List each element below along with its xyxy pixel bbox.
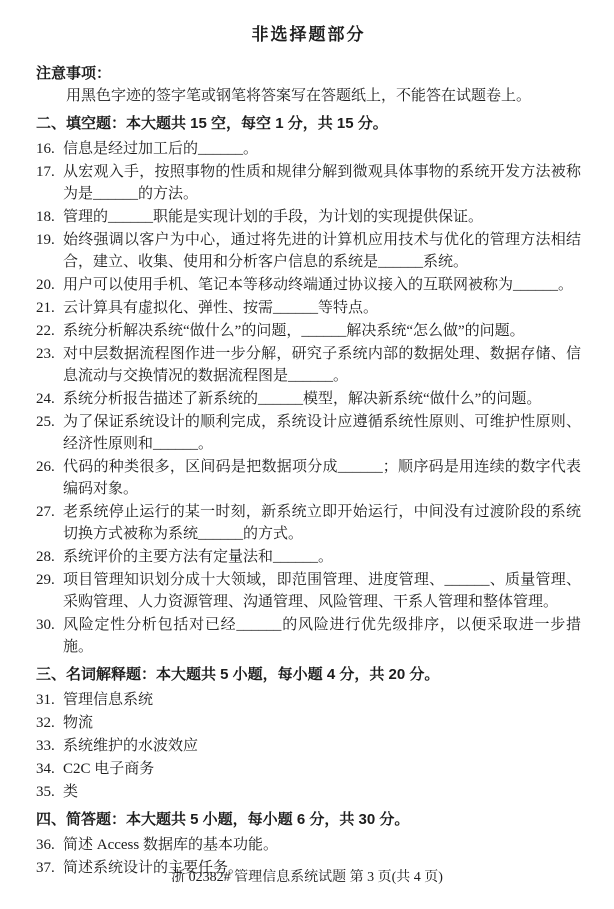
- question-item: 16.信息是经过加工后的______。: [36, 138, 581, 160]
- section-heading: 四、简答题：本大题共 5 小题，每小题 6 分，共 30 分。: [36, 809, 581, 831]
- item-number: 26.: [36, 456, 55, 478]
- item-text: 类: [63, 784, 78, 800]
- question-item: 29.项目管理知识划分成十大领域，即范围管理、进度管理、______、质量管理、…: [36, 569, 581, 613]
- question-item: 36.简述 Access 数据库的基本功能。: [36, 834, 581, 856]
- item-text: 为了保证系统设计的顺利完成，系统设计应遵循系统性原则、可维护性原则、经济性原则和…: [63, 414, 581, 452]
- sections-container: 二、填空题：本大题共 15 空，每空 1 分，共 15 分。16.信息是经过加工…: [36, 113, 581, 879]
- item-number: 28.: [36, 546, 55, 568]
- item-text: C2C 电子商务: [63, 761, 154, 777]
- section-heading: 三、名词解释题：本大题共 5 小题，每小题 4 分，共 20 分。: [36, 664, 581, 686]
- question-item: 28.系统评价的主要方法有定量法和______。: [36, 546, 581, 568]
- page-footer: 浙 02382# 管理信息系统试题 第 3 页(共 4 页): [0, 867, 614, 889]
- question-item: 22.系统分析解决系统“做什么”的问题，______解决系统“怎么做”的问题。: [36, 320, 581, 342]
- question-item: 30.风险定性分析包括对已经______的风险进行优先级排序，以便采取进一步措施…: [36, 614, 581, 658]
- item-text: 用户可以使用手机、笔记本等移动终端通过协议接入的互联网被称为______。: [63, 277, 573, 293]
- question-item: 33.系统维护的水波效应: [36, 735, 581, 757]
- question-item: 26.代码的种类很多，区间码是把数据项分成______；顺序码是用连续的数字代表…: [36, 456, 581, 500]
- item-text: 风险定性分析包括对已经______的风险进行优先级排序，以便采取进一步措施。: [63, 617, 581, 655]
- item-number: 16.: [36, 138, 55, 160]
- item-text: 系统分析解决系统“做什么”的问题，______解决系统“怎么做”的问题。: [63, 323, 525, 339]
- item-number: 17.: [36, 161, 55, 183]
- item-text: 始终强调以客户为中心，通过将先进的计算机应用技术与优化的管理方法相结合，建立、收…: [63, 232, 581, 270]
- section-heading: 二、填空题：本大题共 15 空，每空 1 分，共 15 分。: [36, 113, 581, 135]
- item-text: 管理的______职能是实现计划的手段，为计划的实现提供保证。: [63, 209, 483, 225]
- item-number: 30.: [36, 614, 55, 636]
- item-number: 20.: [36, 274, 55, 296]
- item-number: 24.: [36, 388, 55, 410]
- item-text: 项目管理知识划分成十大领域，即范围管理、进度管理、______、质量管理、采购管…: [63, 572, 581, 610]
- page-title: 非选择题部分: [36, 24, 581, 46]
- item-text: 代码的种类很多，区间码是把数据项分成______；顺序码是用连续的数字代表编码对…: [63, 459, 581, 497]
- question-item: 21.云计算具有虚拟化、弹性、按需______等特点。: [36, 297, 581, 319]
- item-text: 老系统停止运行的某一时刻，新系统立即开始运行，中间没有过渡阶段的系统切换方式被称…: [63, 504, 581, 542]
- item-text: 对中层数据流程图作进一步分解，研究子系统内部的数据处理、数据存储、信息流动与交换…: [63, 346, 581, 384]
- question-item: 35.类: [36, 781, 581, 803]
- item-text: 物流: [63, 715, 93, 731]
- question-item: 18.管理的______职能是实现计划的手段，为计划的实现提供保证。: [36, 206, 581, 228]
- item-text: 系统维护的水波效应: [63, 738, 198, 754]
- item-text: 系统评价的主要方法有定量法和______。: [63, 549, 333, 565]
- item-number: 29.: [36, 569, 55, 591]
- item-number: 22.: [36, 320, 55, 342]
- item-number: 21.: [36, 297, 55, 319]
- item-number: 36.: [36, 834, 55, 856]
- question-item: 25.为了保证系统设计的顺利完成，系统设计应遵循系统性原则、可维护性原则、经济性…: [36, 411, 581, 455]
- item-number: 19.: [36, 229, 55, 251]
- item-number: 32.: [36, 712, 55, 734]
- question-item: 27.老系统停止运行的某一时刻，新系统立即开始运行，中间没有过渡阶段的系统切换方…: [36, 501, 581, 545]
- item-number: 23.: [36, 343, 55, 365]
- item-number: 31.: [36, 689, 55, 711]
- question-item: 24.系统分析报告描述了新系统的______模型，解决新系统“做什么”的问题。: [36, 388, 581, 410]
- question-item: 34.C2C 电子商务: [36, 758, 581, 780]
- question-item: 31.管理信息系统: [36, 689, 581, 711]
- item-number: 34.: [36, 758, 55, 780]
- item-text: 简述 Access 数据库的基本功能。: [63, 837, 278, 853]
- question-item: 32.物流: [36, 712, 581, 734]
- notice-label: 注意事项：: [36, 63, 581, 85]
- item-number: 27.: [36, 501, 55, 523]
- question-item: 17.从宏观入手，按照事物的性质和规律分解到微观具体事物的系统开发方法被称为是_…: [36, 161, 581, 205]
- item-text: 云计算具有虚拟化、弹性、按需______等特点。: [63, 300, 378, 316]
- item-text: 系统分析报告描述了新系统的______模型，解决新系统“做什么”的问题。: [63, 391, 541, 407]
- question-item: 20.用户可以使用手机、笔记本等移动终端通过协议接入的互联网被称为______。: [36, 274, 581, 296]
- item-number: 35.: [36, 781, 55, 803]
- item-text: 管理信息系统: [63, 692, 153, 708]
- item-text: 信息是经过加工后的______。: [63, 141, 258, 157]
- exam-page: 非选择题部分 注意事项： 用黑色字迹的签字笔或钢笔将答案写在答题纸上，不能答在试…: [0, 0, 614, 909]
- question-item: 23.对中层数据流程图作进一步分解，研究子系统内部的数据处理、数据存储、信息流动…: [36, 343, 581, 387]
- item-text: 从宏观入手，按照事物的性质和规律分解到微观具体事物的系统开发方法被称为是____…: [63, 164, 581, 202]
- item-number: 25.: [36, 411, 55, 433]
- question-item: 19.始终强调以客户为中心，通过将先进的计算机应用技术与优化的管理方法相结合，建…: [36, 229, 581, 273]
- item-number: 33.: [36, 735, 55, 757]
- item-number: 18.: [36, 206, 55, 228]
- notice-text: 用黑色字迹的签字笔或钢笔将答案写在答题纸上，不能答在试题卷上。: [36, 85, 581, 107]
